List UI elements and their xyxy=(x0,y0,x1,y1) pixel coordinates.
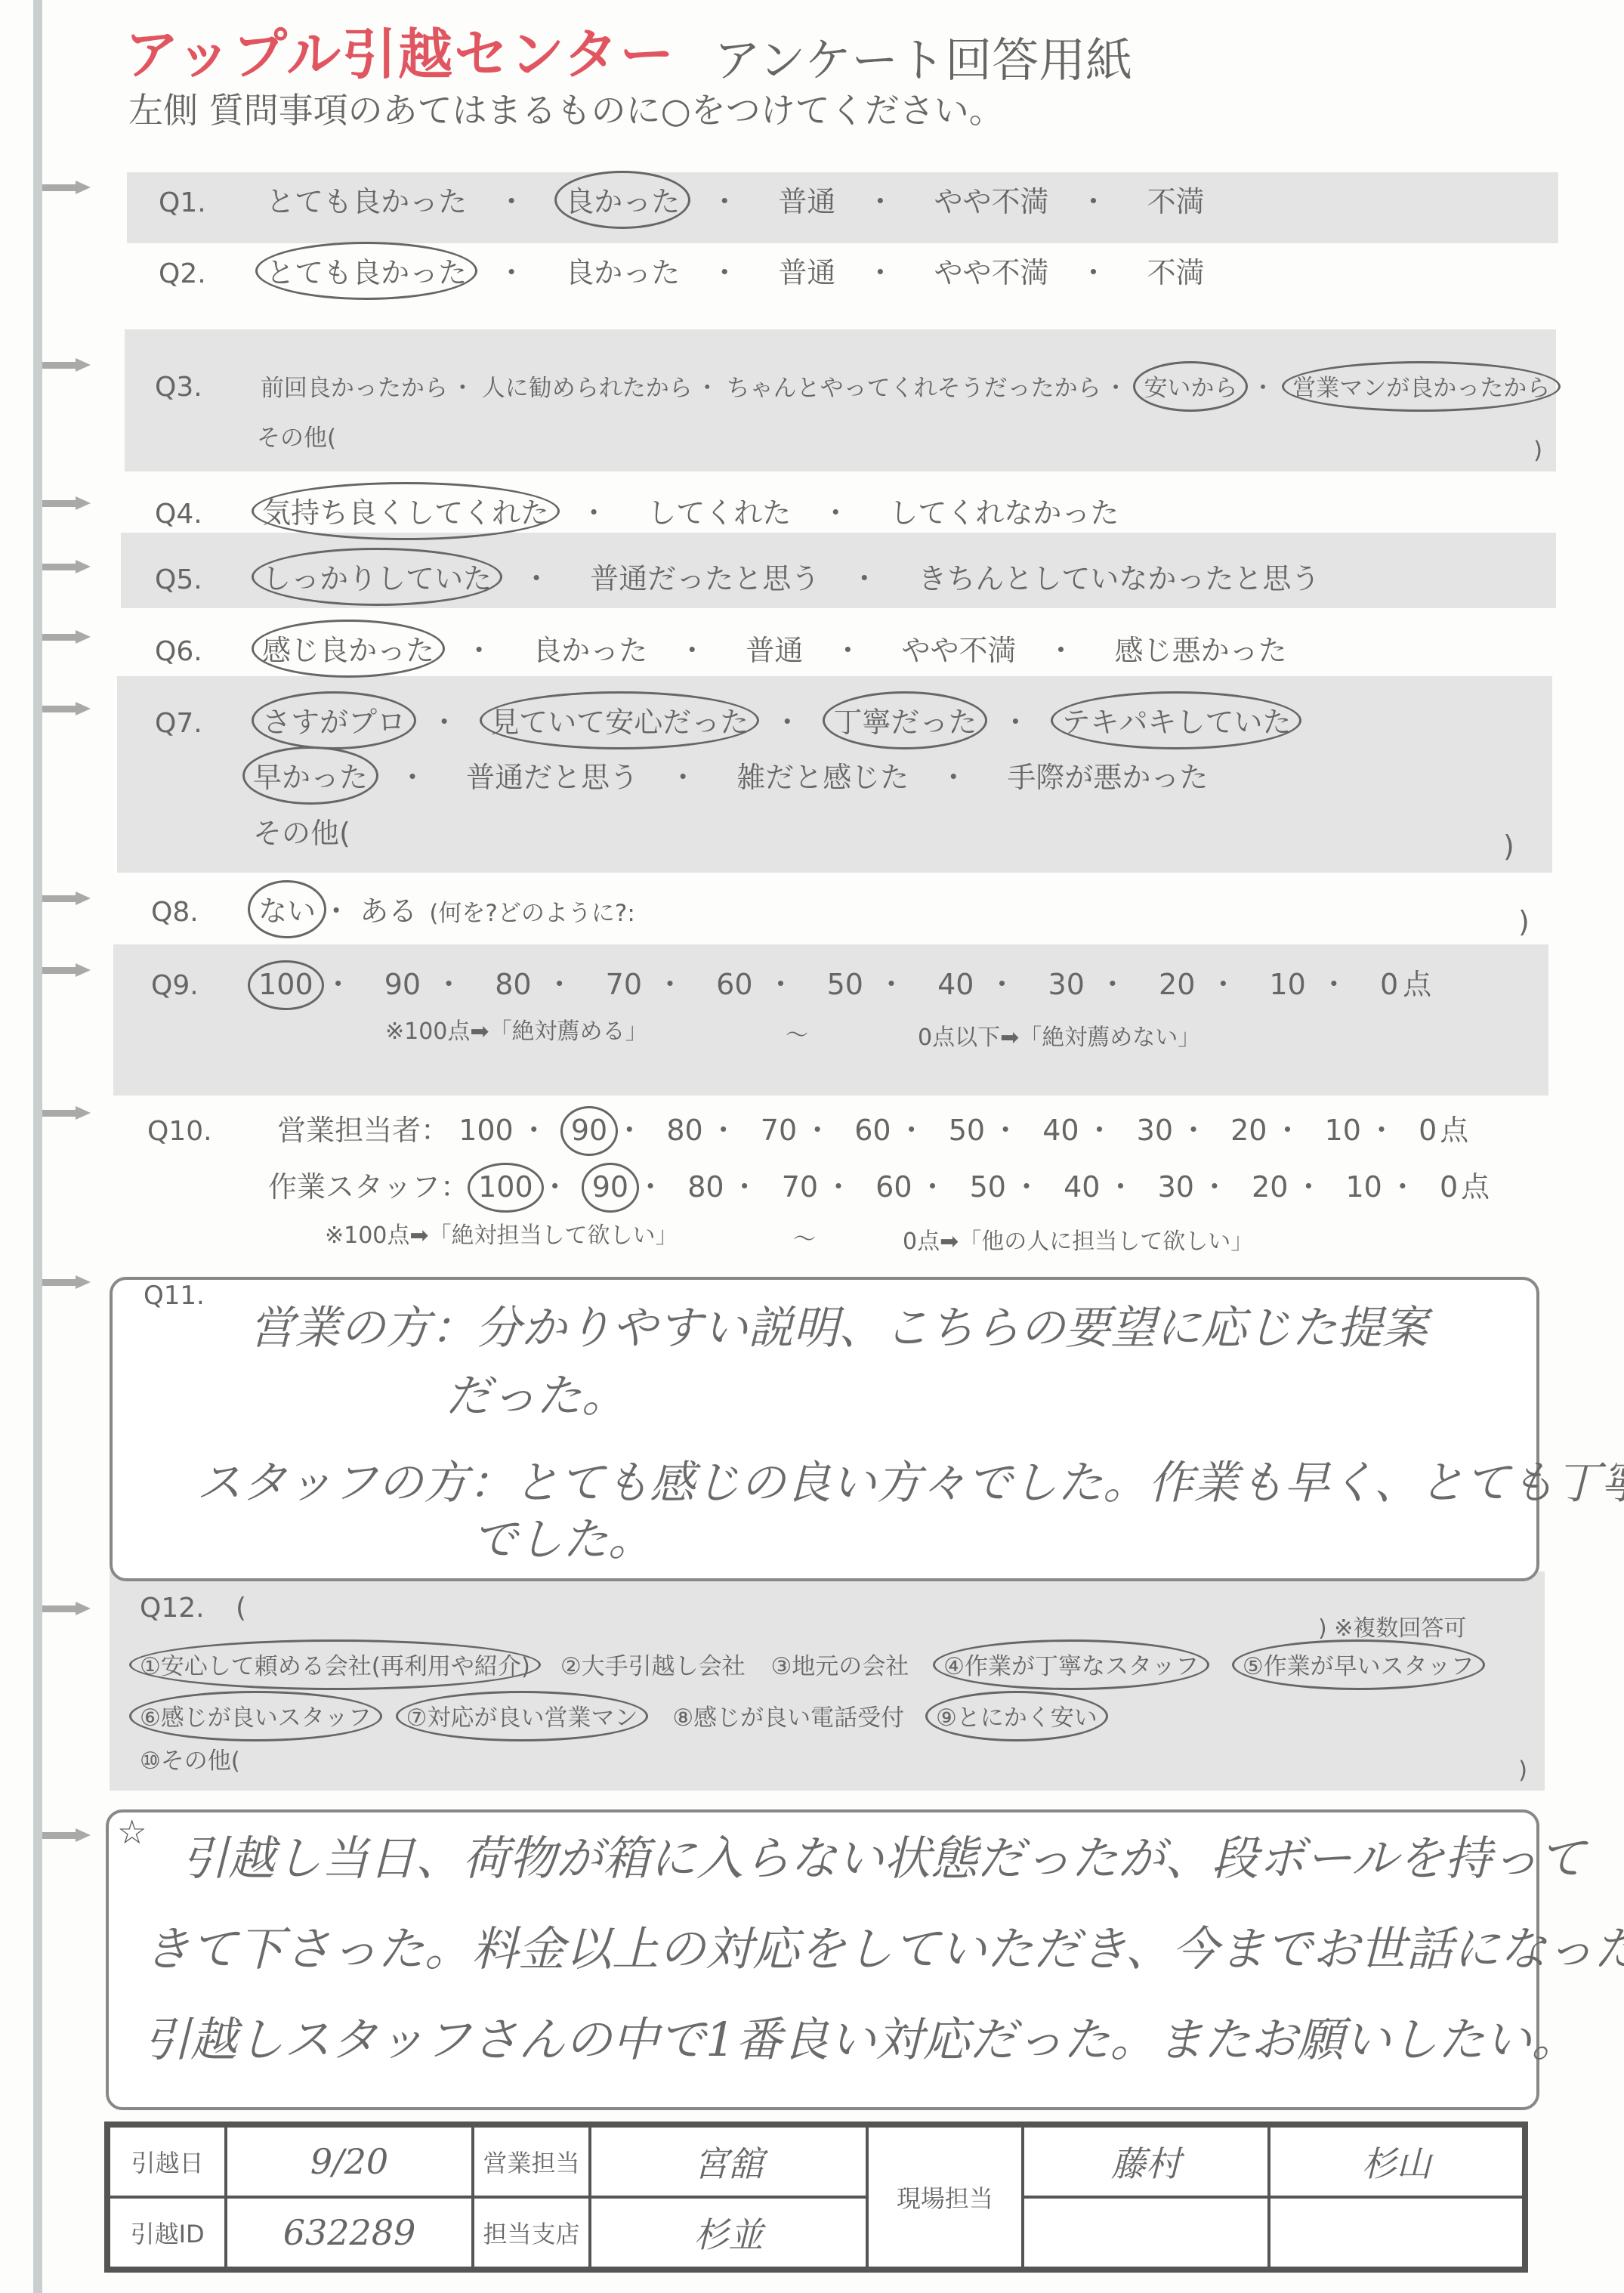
q5-option[interactable]: 普通だったと思う xyxy=(590,555,820,597)
q11-answer-line: スタッフの方：とても感じの良い方々でした。作業も早く、とても丁寧 xyxy=(196,1447,1624,1512)
comment-line: きて下さった。料金以上の対応をしていただき、今までお世話になった xyxy=(144,1911,1624,1979)
q10-sales-score-selected[interactable]: 90 xyxy=(571,1114,607,1147)
q12-label: Q12. xyxy=(140,1593,205,1624)
q7-other-close: ) xyxy=(1503,830,1514,863)
q2-option[interactable]: やや不満 xyxy=(934,249,1048,291)
q10-sales-score[interactable]: 0 xyxy=(1419,1114,1437,1147)
q10-label: Q10. xyxy=(147,1116,268,1147)
arrow-icon xyxy=(42,963,92,977)
q12-option-selected[interactable]: ④作業が丁寧なスタッフ xyxy=(943,1647,1199,1681)
site-rep-empty[interactable] xyxy=(1023,2197,1270,2270)
arrow-icon xyxy=(42,496,92,510)
instruction-text: 左側 質問事項のあてはまるものに○をつけてください。 xyxy=(128,83,1004,133)
q9-score[interactable]: 80 xyxy=(495,968,531,1001)
q7-other-label: その他( xyxy=(253,810,350,851)
sales-rep-label: 営業担当 xyxy=(473,2125,590,2197)
site-rep-label: 現場担当 xyxy=(867,2125,1023,2270)
sales-rep-value[interactable]: 宮舘 xyxy=(590,2125,867,2197)
q4-option[interactable]: してくれた xyxy=(647,490,791,531)
arrow-icon xyxy=(42,560,92,573)
move-date-label: 引越日 xyxy=(107,2125,226,2197)
q6-option[interactable]: やや不満 xyxy=(901,627,1016,669)
q8-label: Q8. xyxy=(151,897,249,928)
question-q2: Q2. とても良かった・ 良かった・ 普通・ やや不満・ 不満 xyxy=(159,249,1218,291)
q10-note-left: ※100点➡「絶対担当して欲しい」 xyxy=(325,1216,678,1250)
q8-option[interactable]: ある xyxy=(360,888,417,929)
q10-staff-score[interactable]: 80 xyxy=(687,1170,724,1204)
q10-staff-score[interactable]: 60 xyxy=(875,1170,912,1204)
q12-other-label: ⑩その他( xyxy=(140,1741,240,1775)
q3-option-selected[interactable]: 安いから xyxy=(1144,369,1237,403)
arrow-icon xyxy=(42,1828,92,1842)
question-q5: Q5. しっかりしていた・ 普通だったと思う・ きちんとしていなかったと思う xyxy=(155,555,1333,597)
q4-label: Q4. xyxy=(155,499,253,530)
q4-option-selected[interactable]: 気持ち良くしてくれた xyxy=(262,490,549,531)
site-rep-name[interactable]: 杉山 xyxy=(1269,2125,1525,2197)
q10-staff-score[interactable]: 40 xyxy=(1064,1170,1100,1204)
q8-option-selected[interactable]: ない xyxy=(258,888,316,929)
footer-info-table: 引越日 9/20 営業担当 宮舘 現場担当 藤村 杉山 引越ID 632289 … xyxy=(104,2121,1528,2273)
move-date-value[interactable]: 9/20 xyxy=(226,2125,473,2197)
branch-value[interactable]: 杉並 xyxy=(590,2197,867,2270)
q10-note-tilde: ～ xyxy=(793,1220,816,1253)
question-q9: Q9. 100・ 90・ 80・ 70・ 60・ 50・ 40・ 30・ 20・… xyxy=(151,961,1431,1003)
q10-sales-score[interactable]: 50 xyxy=(949,1114,985,1147)
q3-option[interactable]: 人に勧められたから xyxy=(482,369,693,403)
q2-option[interactable]: 普通 xyxy=(778,249,835,291)
q9-score[interactable]: 50 xyxy=(827,968,863,1001)
q10-sales-score[interactable]: 30 xyxy=(1137,1114,1173,1147)
q7-option[interactable]: 雑だと感じた xyxy=(736,754,909,796)
q8-detail-prompt: (何を?どのように?: xyxy=(429,900,634,927)
q11-answer-line: でした。 xyxy=(472,1503,653,1568)
q10-staff-score-selected[interactable]: 90 xyxy=(592,1170,628,1204)
q3-other-label: その他( xyxy=(257,419,336,453)
q6-option-selected[interactable]: 感じ良かった xyxy=(262,627,434,669)
q9-note-left: ※100点➡「絶対薦める」 xyxy=(385,1012,648,1046)
q7-label: Q7. xyxy=(155,708,253,739)
q10-sales-score[interactable]: 80 xyxy=(666,1114,702,1147)
q9-score-selected[interactable]: 100 xyxy=(258,968,313,1001)
q10-staff-score[interactable]: 50 xyxy=(970,1170,1006,1204)
q12-row1: ①安心して頼める会社(再利用や紹介) ②大手引越し会社 ③地元の会社 ④作業が丁… xyxy=(140,1647,1488,1681)
q10-staff-label: 作業スタッフ： xyxy=(268,1170,469,1204)
q12-open-paren: ( xyxy=(236,1593,246,1624)
branch-label: 担当支店 xyxy=(473,2197,590,2270)
arrow-icon xyxy=(42,358,92,372)
q10-unit: 点 xyxy=(1440,1114,1468,1147)
q1-option[interactable]: やや不満 xyxy=(934,178,1048,220)
q7-option-selected[interactable]: テキパキしていた xyxy=(1061,699,1291,740)
question-q8: Q8. ない・ ある (何を?どのように?: xyxy=(151,888,635,929)
move-id-value[interactable]: 632289 xyxy=(226,2197,473,2270)
q10-staff-score[interactable]: 30 xyxy=(1158,1170,1194,1204)
move-id-label: 引越ID xyxy=(107,2197,226,2270)
q9-score[interactable]: 10 xyxy=(1269,968,1305,1001)
arrow-icon xyxy=(42,1275,92,1289)
q3-label: Q3. xyxy=(155,372,253,403)
comment-line: 引越しスタッフさんの中で1番良い対応だった。またお願いしたい。 xyxy=(144,2002,1578,2069)
q8-close: ) xyxy=(1518,905,1530,938)
q1-option[interactable]: 普通 xyxy=(778,178,835,220)
q10-sales-score[interactable]: 100 xyxy=(458,1114,514,1147)
q12-option-selected[interactable]: ①安心して頼める会社(再利用や紹介) xyxy=(140,1647,530,1681)
arrow-icon xyxy=(42,892,92,905)
q12-row2: ⑥感じが良いスタッフ ⑦対応が良い営業マン ⑧感じが良い電話受付 ⑨とにかく安い xyxy=(140,1698,1111,1732)
q10-sales-score[interactable]: 40 xyxy=(1042,1114,1079,1147)
q10-staff-score[interactable]: 0 xyxy=(1440,1170,1458,1204)
q9-score[interactable]: 30 xyxy=(1048,968,1085,1001)
q1-option[interactable]: 不満 xyxy=(1147,178,1205,220)
q10-staff-score[interactable]: 10 xyxy=(1346,1170,1382,1204)
q9-label: Q9. xyxy=(151,970,249,1001)
q12-option[interactable]: ③地元の会社 xyxy=(771,1647,909,1681)
q7-option[interactable]: 手際が悪かった xyxy=(1007,754,1208,796)
question-q7-row1: Q7. さすがプロ・ 見ていて安心だった・ 丁寧だった・ テキパキしていた xyxy=(155,699,1304,740)
q10-sales-score[interactable]: 20 xyxy=(1230,1114,1267,1147)
q1-option[interactable]: とても良かった xyxy=(266,178,467,220)
q10-sales-score[interactable]: 10 xyxy=(1325,1114,1361,1147)
q6-label: Q6. xyxy=(155,636,253,667)
q10-sales-score[interactable]: 60 xyxy=(854,1114,891,1147)
q10-staff-score-selected[interactable]: 100 xyxy=(478,1170,533,1204)
q12-option-selected[interactable]: ⑦対応が良い営業マン xyxy=(406,1698,638,1732)
q12-option[interactable]: ⑧感じが良い電話受付 xyxy=(672,1698,904,1732)
q12-multi-note: ) ※複数回答可 xyxy=(1318,1609,1466,1642)
q12-close-paren: ) xyxy=(1318,1615,1327,1642)
q3-option-selected[interactable]: 営業マンが良かったから xyxy=(1292,369,1550,403)
form-subtitle: アンケート回答用紙 xyxy=(714,23,1132,90)
q9-note-tilde: ～ xyxy=(786,1016,808,1049)
q7-option-selected[interactable]: さすがプロ xyxy=(262,699,406,740)
q10-sales-label: 営業担当者： xyxy=(277,1114,449,1147)
comment-line: 引越し当日、荷物が箱に入らない状態だったが、段ボールを持って xyxy=(181,1821,1585,1888)
q11-answer-line: だった。 xyxy=(446,1360,627,1425)
q9-score[interactable]: 40 xyxy=(937,968,974,1001)
q10-unit: 点 xyxy=(1461,1170,1490,1204)
q2-label: Q2. xyxy=(159,258,257,289)
question-q6: Q6. 感じ良かった・ 良かった・ 普通・ やや不満・ 感じ悪かった xyxy=(155,627,1301,669)
star-icon: ☆ xyxy=(117,1813,147,1852)
q12-option-selected[interactable]: ⑥感じが良いスタッフ xyxy=(140,1698,372,1732)
question-q1: Q1. とても良かった・ 良かった・ 普通・ やや不満・ 不満 xyxy=(159,178,1218,220)
q9-score[interactable]: 70 xyxy=(606,968,642,1001)
q10-note-right: 0点➡「他の人に担当して欲しい」 xyxy=(903,1222,1253,1256)
q3-option[interactable]: ちゃんとやってくれそうだったから xyxy=(727,369,1101,403)
q5-label: Q5. xyxy=(155,564,253,595)
arrow-icon xyxy=(42,702,92,715)
q9-score[interactable]: 60 xyxy=(716,968,752,1001)
question-q10-staff: 作業スタッフ： 100・ 90・ 80・ 70・ 60・ 50・ 40・ 30・… xyxy=(268,1163,1490,1205)
arrow-icon xyxy=(42,1602,92,1615)
q12-option[interactable]: ②大手引越し会社 xyxy=(560,1647,746,1681)
question-q12: Q12. ( xyxy=(140,1593,246,1624)
q6-option[interactable]: 普通 xyxy=(746,627,803,669)
q7-option-selected[interactable]: 丁寧だった xyxy=(833,699,977,740)
q11-label: Q11. xyxy=(144,1281,205,1311)
question-q3: Q3. 前回良かったから・ 人に勧められたから・ ちゃんとやってくれそうだったか… xyxy=(155,369,1564,403)
site-rep-name[interactable]: 藤村 xyxy=(1023,2125,1270,2197)
q5-option[interactable]: きちんとしていなかったと思う xyxy=(918,555,1320,597)
q2-option[interactable]: 不満 xyxy=(1147,249,1205,291)
q10-sales-score[interactable]: 70 xyxy=(761,1114,797,1147)
q2-option-selected[interactable]: とても良かった xyxy=(266,249,467,291)
q9-score[interactable]: 20 xyxy=(1159,968,1195,1001)
arrow-icon xyxy=(42,1106,92,1120)
q11-answer-line: 営業の方：分かりやすい説明、こちらの要望に応じた提案 xyxy=(249,1292,1428,1357)
q5-option-selected[interactable]: しっかりしていた xyxy=(262,555,492,597)
q3-option[interactable]: 前回良かったから xyxy=(261,369,448,403)
q3-other-close: ) xyxy=(1533,437,1542,464)
q1-label: Q1. xyxy=(159,187,257,218)
q10-staff-score[interactable]: 70 xyxy=(782,1170,818,1204)
arrow-icon xyxy=(42,181,92,194)
q9-score[interactable]: 90 xyxy=(384,968,421,1001)
q1-option-selected[interactable]: 良かった xyxy=(565,178,680,220)
q6-option[interactable]: 感じ悪かった xyxy=(1115,627,1287,669)
q12-other-close: ) xyxy=(1518,1757,1527,1784)
q9-unit: 点 xyxy=(1403,968,1431,1001)
q4-option[interactable]: してくれなかった xyxy=(889,490,1119,531)
q9-score[interactable]: 0 xyxy=(1380,968,1398,1001)
q9-note-right: 0点以下➡「絶対薦めない」 xyxy=(918,1018,1200,1052)
q6-option[interactable]: 良かった xyxy=(533,627,647,669)
q12-option-selected[interactable]: ⑤作業が早いスタッフ xyxy=(1243,1647,1474,1681)
q7-option-selected[interactable]: 見ていて安心だった xyxy=(490,699,749,740)
question-q4: Q4. 気持ち良くしてくれた・ してくれた・ してくれなかった xyxy=(155,490,1132,531)
arrow-icon xyxy=(42,630,92,644)
binder-spine xyxy=(33,0,42,2293)
q12-multi-note-text: ※複数回答可 xyxy=(1334,1615,1466,1642)
q2-option[interactable]: 良かった xyxy=(565,249,680,291)
q12-option-selected[interactable]: ⑨とにかく安い xyxy=(936,1698,1098,1732)
question-q10-sales: Q10. 営業担当者： 100・ 90・ 80・ 70・ 60・ 50・ 40・… xyxy=(147,1107,1468,1148)
q7-option-selected[interactable]: 早かった xyxy=(253,754,368,796)
q10-staff-score[interactable]: 20 xyxy=(1252,1170,1288,1204)
site-rep-empty[interactable] xyxy=(1269,2197,1525,2270)
brand-title: アップル引越センター xyxy=(125,11,675,89)
question-q7-row2: 早かった・ 普通だと思う・ 雑だと感じた・ 手際が悪かった xyxy=(253,754,1221,796)
q7-option[interactable]: 普通だと思う xyxy=(466,754,638,796)
